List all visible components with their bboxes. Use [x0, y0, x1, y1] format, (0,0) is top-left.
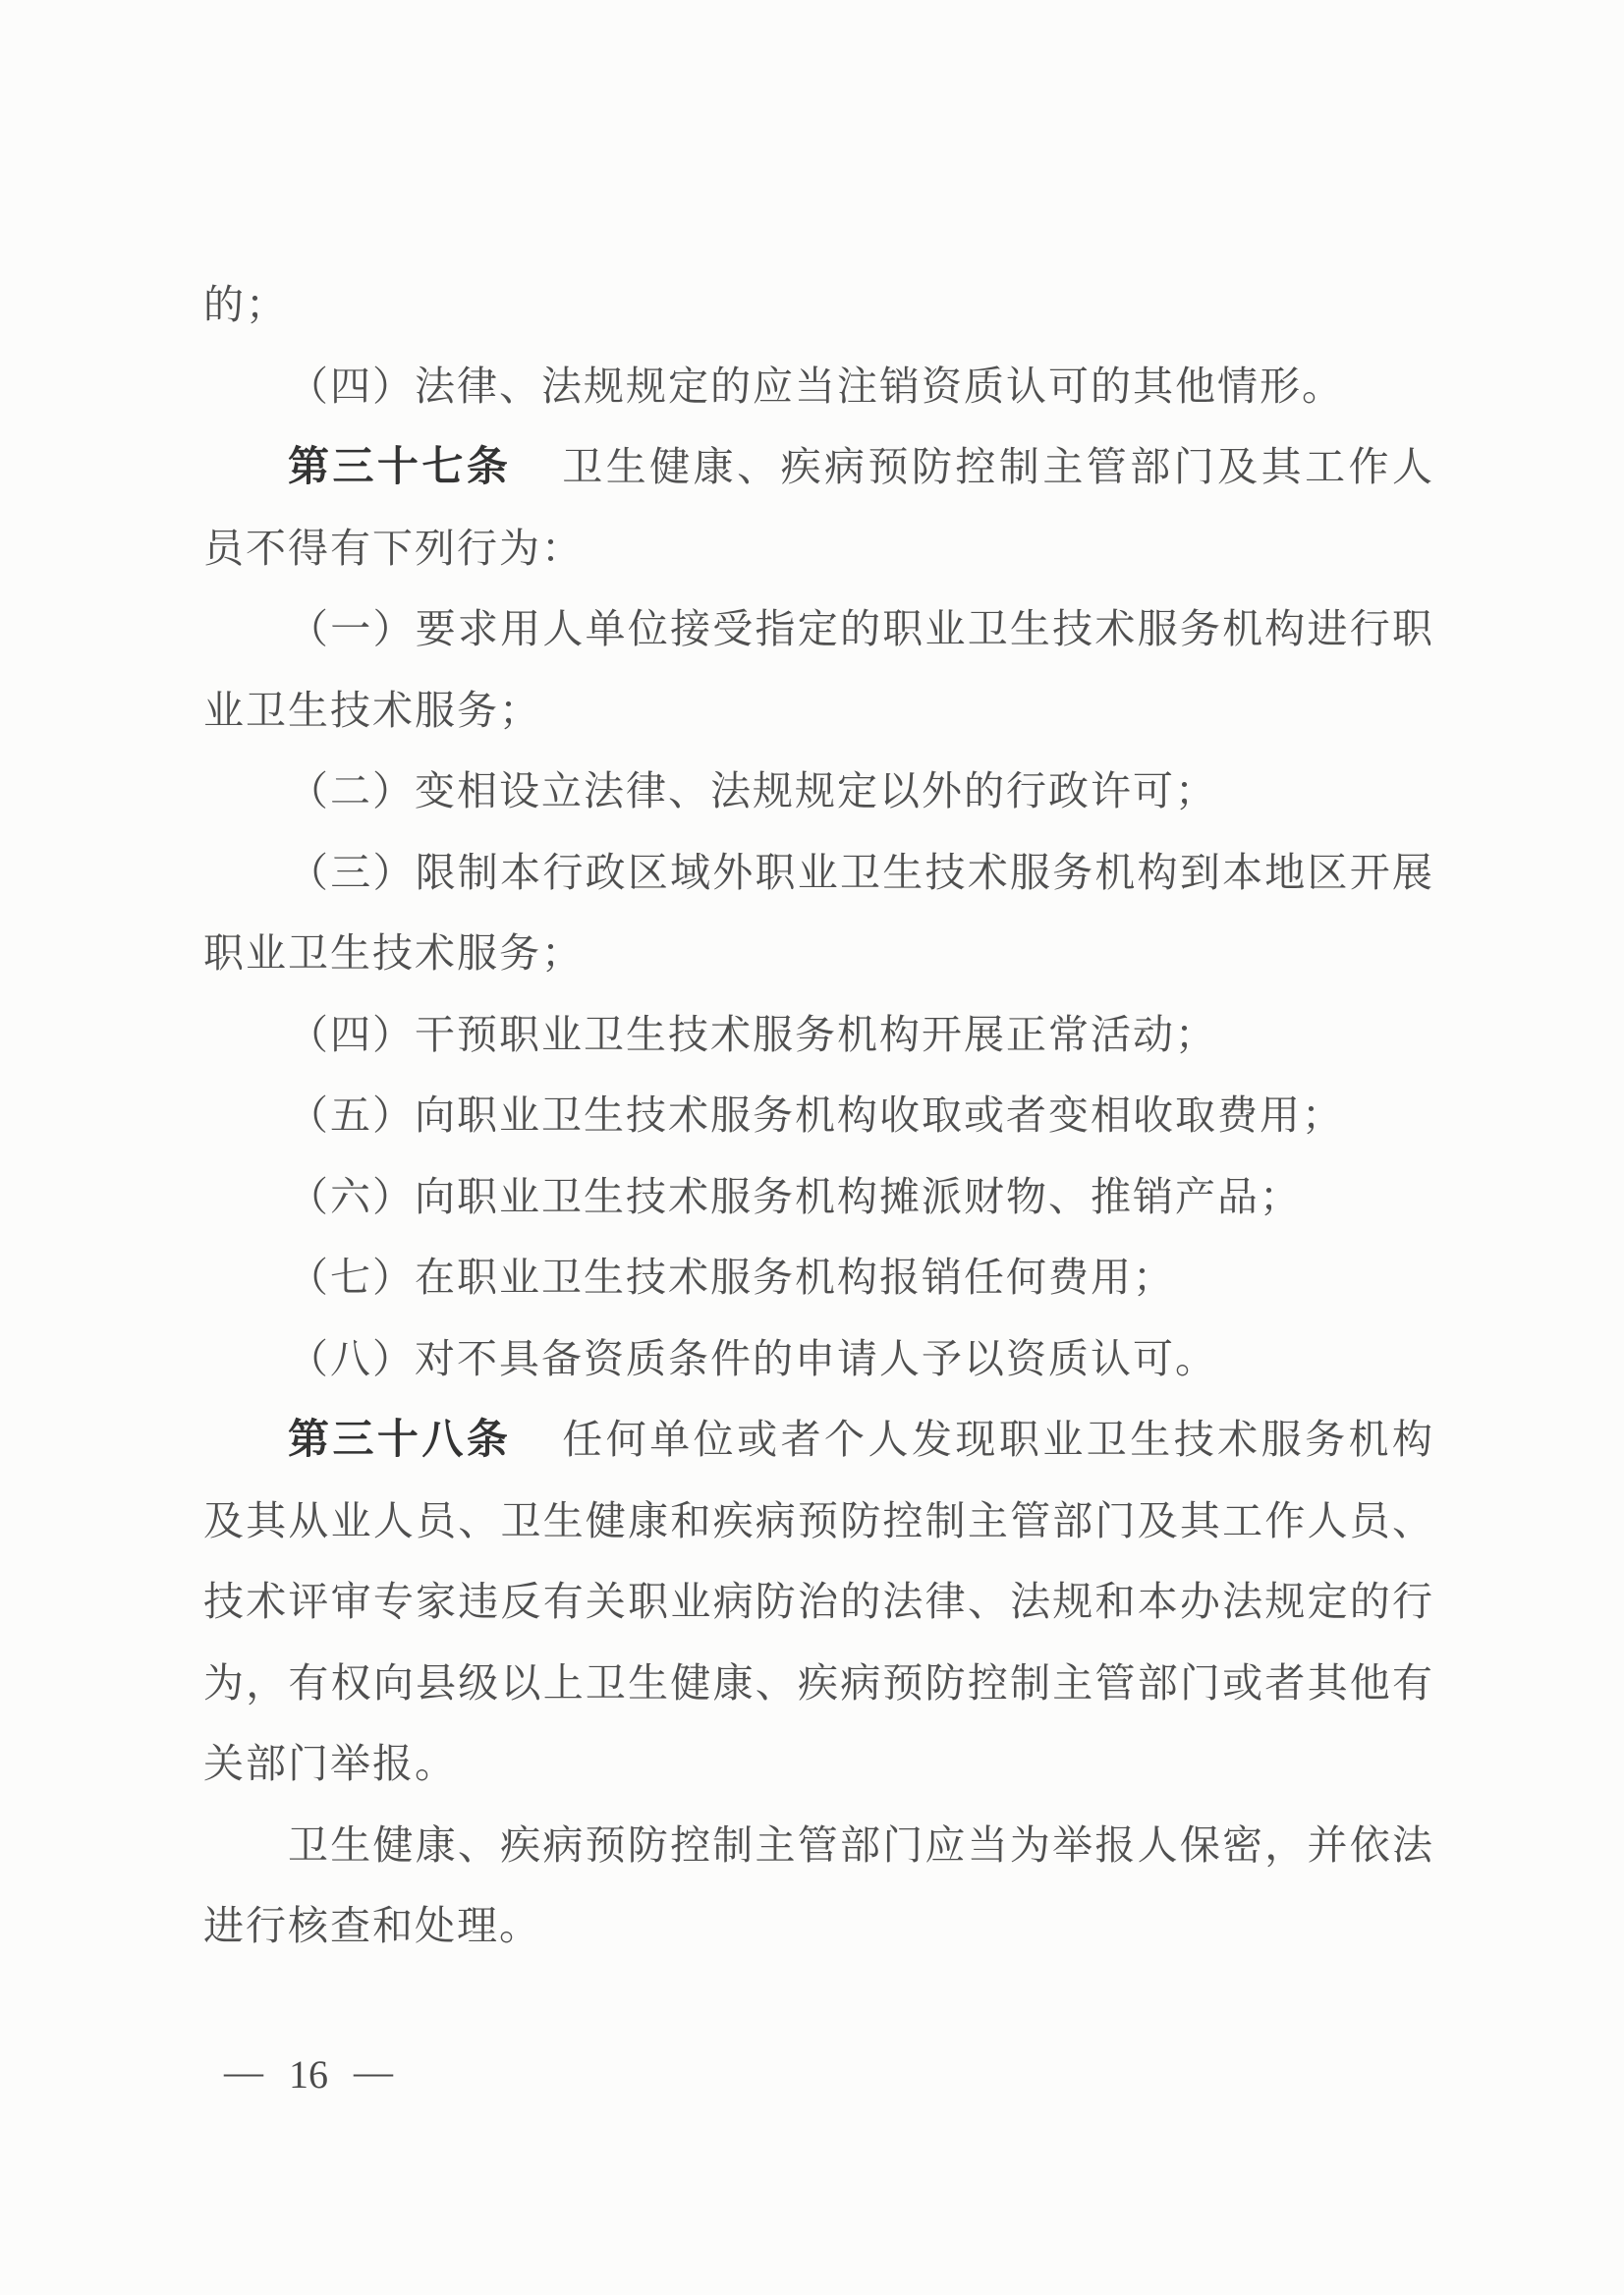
- paragraph-text: （六）向职业卫生技术服务机构摊派财物、推销产品；: [288, 1174, 1302, 1219]
- paragraph: 第三十七条卫生健康、疾病预防控制主管部门及其工作人员不得有下列行为：: [203, 426, 1434, 588]
- paragraph: （七）在职业卫生技术服务机构报销任何费用；: [203, 1237, 1434, 1318]
- paragraph-text: （七）在职业卫生技术服务机构报销任何费用；: [288, 1255, 1175, 1300]
- paragraph-text: 卫生健康、疾病预防控制主管部门应当为举报人保密，并依法进行核查和处理。: [203, 1822, 1434, 1949]
- paragraph-text: （三）限制本行政区域外职业卫生技术服务机构到本地区开展职业卫生技术服务；: [203, 850, 1434, 977]
- paragraph: （四）法律、法规规定的应当注销资质认可的其他情形。: [203, 346, 1434, 427]
- paragraph: （八）对不具备资质条件的申请人予以资质认可。: [203, 1318, 1434, 1400]
- paragraph: 第三十八条任何单位或者个人发现职业卫生技术服务机构及其从业人员、卫生健康和疾病预…: [203, 1399, 1434, 1805]
- paragraph: （一）要求用人单位接受指定的职业卫生技术服务机构进行职业卫生技术服务；: [203, 588, 1434, 751]
- article-number-label: 第三十八条: [288, 1416, 511, 1462]
- paragraph-text: （四）法律、法规规定的应当注销资质认可的其他情形。: [288, 364, 1344, 409]
- paragraph-text: 任何单位或者个人发现职业卫生技术服务机构及其从业人员、卫生健康和疾病预防控制主管…: [203, 1417, 1434, 1786]
- document-content: 的； （四）法律、法规规定的应当注销资质认可的其他情形。 第三十七条卫生健康、疾…: [203, 264, 1434, 1967]
- article-number-label: 第三十七条: [288, 443, 511, 489]
- footer-right-dash: —: [354, 2048, 393, 2095]
- paragraph: （六）向职业卫生技术服务机构摊派财物、推销产品；: [203, 1156, 1434, 1238]
- paragraph-text: （四）干预职业卫生技术服务机构开展正常活动；: [288, 1012, 1217, 1057]
- footer-left-dash: —: [224, 2048, 263, 2095]
- paragraph-text: （二）变相设立法律、法规规定以外的行政许可；: [288, 768, 1217, 813]
- page-number: 16: [289, 2051, 328, 2098]
- paragraph: 的；: [203, 264, 1434, 346]
- paragraph: （三）限制本行政区域外职业卫生技术服务机构到本地区开展职业卫生技术服务；: [203, 832, 1434, 994]
- paragraph: （四）干预职业卫生技术服务机构开展正常活动；: [203, 994, 1434, 1076]
- paragraph: （五）向职业卫生技术服务机构收取或者变相收取费用；: [203, 1075, 1434, 1156]
- paragraph-text: 的；: [203, 282, 288, 327]
- paragraph: 卫生健康、疾病预防控制主管部门应当为举报人保密，并依法进行核查和处理。: [203, 1805, 1434, 1967]
- paragraph-text: （五）向职业卫生技术服务机构收取或者变相收取费用；: [288, 1092, 1344, 1138]
- paragraph-text: （一）要求用人单位接受指定的职业卫生技术服务机构进行职业卫生技术服务；: [203, 606, 1434, 733]
- page-footer: — 16 —: [224, 2051, 393, 2098]
- document-page: 的； （四）法律、法规规定的应当注销资质认可的其他情形。 第三十七条卫生健康、疾…: [0, 0, 1624, 2295]
- paragraph-text: （八）对不具备资质条件的申请人予以资质认可。: [288, 1336, 1217, 1381]
- paragraph: （二）变相设立法律、法规规定以外的行政许可；: [203, 751, 1434, 832]
